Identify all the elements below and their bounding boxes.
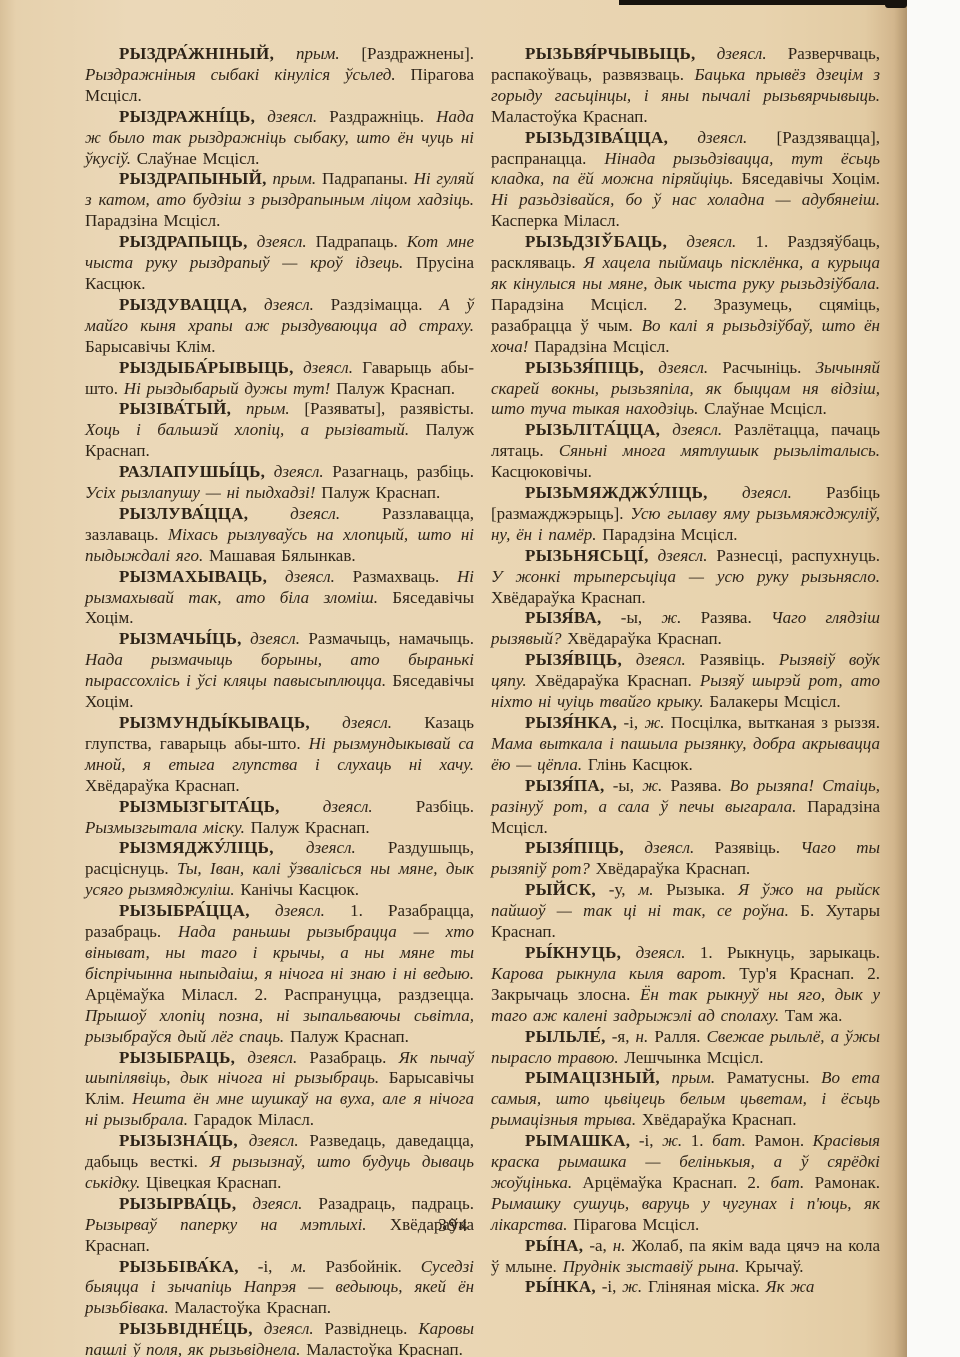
entry-italic-text: дзеясл. bbox=[708, 483, 792, 502]
entry-headword: РЫЗЬНЯСЬЦІ́, bbox=[525, 546, 649, 565]
scanned-dictionary-page: { "page": { "number": "394" }, "colors":… bbox=[0, 0, 960, 1357]
dictionary-entry: РЫЗЯ́ВІЦЬ, дзеясл. Разявіць. Рызявіў воў… bbox=[491, 650, 880, 713]
dictionary-entry: РЫЛЬЛЕ́, -я, н. Ралля. Свежае рыльлё, а … bbox=[491, 1027, 880, 1069]
entry-roman-text: Цівецкая Краснап. bbox=[140, 1173, 281, 1192]
entry-italic-text: ж. bbox=[634, 776, 662, 795]
entry-italic-text: дзеясл. bbox=[667, 232, 736, 251]
dictionary-entry: РЫЗЯ́ПА, -ы, ж. Разява. Во рызяпа! Стаіц… bbox=[491, 776, 880, 839]
entry-headword: РЫЗДРАПЫНЫЙ, bbox=[119, 169, 267, 188]
entry-italic-text: дзеясл. bbox=[248, 232, 307, 251]
entry-roman-text: Гліняная міска. bbox=[642, 1277, 765, 1296]
page-number: 394 bbox=[0, 1215, 907, 1236]
entry-headword: РЫЗЫРВА́ЦЬ, bbox=[119, 1194, 236, 1213]
entry-italic-text: дзеясл. bbox=[649, 546, 708, 565]
entry-roman-text: -а, bbox=[583, 1236, 606, 1255]
dictionary-entry: РЫЗДУВАЦЦА, дзеясл. Раздзімацца. А ў май… bbox=[85, 295, 474, 358]
dictionary-entry: РЫЗЫЗНА́ЦЬ, дзеясл. Разведаць, даведацца… bbox=[85, 1131, 474, 1194]
dictionary-entry: РЫЗЫБРА́ЦЦА, дзеясл. 1. Разабрацца, раза… bbox=[85, 901, 474, 1047]
dictionary-entry: РЫЗЬБІВА́КА, -і, м. Разбойнік. Суседзі б… bbox=[85, 1257, 474, 1320]
entry-headword: РЫМАШКА, bbox=[525, 1131, 630, 1150]
entry-roman-text: Там жа. bbox=[779, 1006, 842, 1025]
entry-roman-text: Маластоўка Краснап. bbox=[169, 1298, 331, 1317]
entry-headword: РЫЗЬДЗІЎБАЦЬ, bbox=[525, 232, 667, 251]
entry-italic-text: дзеясл. bbox=[253, 1319, 314, 1338]
entry-italic-text: дзеясл. bbox=[622, 650, 686, 669]
entry-roman-text: Слаўнае Мсцісл. bbox=[698, 399, 826, 418]
entry-italic-text: Пруднік зыставіў рына. bbox=[563, 1257, 740, 1276]
dictionary-entry: РЫЗЬЛІТА́ЦЦА, дзеясл. Разлётацца, пачаць… bbox=[491, 420, 880, 483]
dictionary-entry: РЫЗЬМЯЖДЖУ́ЛІЦЬ, дзеясл. Разбіць [размаж… bbox=[491, 483, 880, 546]
entry-headword: РЫЗІВА́ТЫЙ, bbox=[119, 399, 231, 418]
entry-headword: РЫ́НКА, bbox=[525, 1277, 596, 1296]
entry-headword: РЫЗЬЗЯ́ПІЦЬ, bbox=[525, 358, 644, 377]
entry-headword: РЫЗМЯДЖУ́ЛІЦЬ, bbox=[119, 838, 274, 857]
entry-roman-text: Барысавічы Клім. bbox=[85, 337, 216, 356]
entry-headword: РЫЗЫЗНА́ЦЬ, bbox=[119, 1131, 238, 1150]
entry-headword: РЫЗЯ́НКА, bbox=[525, 713, 617, 732]
entry-headword: РЫЗМЫЗГЫТА́ЦЬ, bbox=[119, 797, 280, 816]
dictionary-entry: РАЗЛАПУШЫ́ЦЬ, дзеясл. Разагнаць, разбіць… bbox=[85, 462, 474, 504]
entry-headword: РЫЗЯ́ВА, bbox=[525, 608, 602, 627]
entry-roman-text: Глінь Касцюк. bbox=[582, 755, 693, 774]
entry-roman-text: Разявіць. bbox=[686, 650, 779, 669]
entry-roman-text: Рызыка. bbox=[653, 880, 737, 899]
entry-roman-text: Разява. bbox=[662, 776, 729, 795]
entry-roman-text: Разявіць. bbox=[694, 838, 800, 857]
dictionary-entry: РЫМАЦІЗНЫЙ, прым. Раматусны. Во ета самы… bbox=[491, 1068, 880, 1131]
dictionary-entry: РЫ́НА, -а, н. Жолаб, па якім вада цячэ н… bbox=[491, 1236, 880, 1278]
entry-italic-text: Ні разьдзівайся, бо ў нас холадна — адуб… bbox=[491, 190, 880, 209]
entry-roman-text: 1. bbox=[682, 1131, 712, 1150]
entry-roman-text: Разбіць. bbox=[373, 797, 474, 816]
entry-roman-text: Раздзімацца. bbox=[314, 295, 439, 314]
entry-roman-text: Палуж Краснап. bbox=[284, 1027, 409, 1046]
entry-italic-text: дзеясл. bbox=[267, 567, 335, 586]
entry-roman-text: Разява. bbox=[681, 608, 771, 627]
entry-roman-text: Арцёмаўка Краснап. 2. bbox=[572, 1173, 770, 1192]
entry-italic-text: прым. bbox=[660, 1068, 715, 1087]
entry-italic-text: Хоць і бальшэй хлопіц, а рызіватый. bbox=[85, 420, 409, 439]
entry-roman-text: Рамонак. bbox=[804, 1173, 880, 1192]
dictionary-entry: РЫЗЬВЯ́РЧЫВЫЦЬ, дзеясл. Разверчваць, рас… bbox=[491, 44, 880, 128]
entry-italic-text: н. bbox=[607, 1236, 626, 1255]
entry-roman-text: Хвёдараўка Краснап. bbox=[590, 859, 750, 878]
entry-italic-text: дзеясл. bbox=[624, 838, 694, 857]
dictionary-entry: РЫЗДРА́ЖНІНЫЙ, прым. [Раздражнены]. Рызд… bbox=[85, 44, 474, 107]
entry-italic-text: дзеясл. bbox=[310, 713, 392, 732]
entry-roman-text: Разадраць, падраць. bbox=[302, 1194, 474, 1213]
dictionary-entry: РЫЗЫБРАЦЬ, дзеясл. Разабраць. Як пычаў ш… bbox=[85, 1048, 474, 1132]
entry-headword: РАЗЛАПУШЫ́ЦЬ, bbox=[119, 462, 265, 481]
entry-roman-text: Разабраць. bbox=[297, 1048, 398, 1067]
entry-roman-text: Касцюковічы. bbox=[491, 462, 592, 481]
dictionary-entry: РЫ́КНУЦЬ, дзеясл. 1. Рыкнуць, зарыкаць. … bbox=[491, 943, 880, 1027]
entry-roman-text: Бяседавічы Хоцім. bbox=[733, 169, 880, 188]
entry-italic-text: прым. bbox=[267, 169, 316, 188]
entry-italic-text: Усіх рызлапушу — ні пыдхадзі! bbox=[85, 483, 316, 502]
entry-headword: РЫЗЯ́ПІЦЬ, bbox=[525, 838, 624, 857]
dictionary-entry: РЫЗЯ́ПІЦЬ, дзеясл. Разявіць. Чаго ты рыз… bbox=[491, 838, 880, 880]
entry-roman-text: Маластоўка Краснап. bbox=[491, 107, 648, 126]
dictionary-entry: РЫЗДРАЖНІ́ЦЬ, дзеясл. Раздражніць. Нада … bbox=[85, 107, 474, 170]
page-paper: РЫЗДРА́ЖНІНЫЙ, прым. [Раздражнены]. Рызд… bbox=[0, 0, 907, 1357]
entry-italic-text: Карова рыкнула кыля варот. bbox=[491, 964, 726, 983]
scan-edge-artifact-notch bbox=[885, 0, 907, 8]
entry-italic-text: дзеясл. bbox=[274, 838, 356, 857]
entry-italic-text: У жонкі трыперсьціца — усю руку рызьнясл… bbox=[491, 567, 880, 586]
entry-roman-text: Балакеры Мсцісл. bbox=[704, 692, 841, 711]
entry-roman-text: Хвёдараўка Краснап. bbox=[561, 629, 721, 648]
entry-roman-text: -я, bbox=[606, 1027, 630, 1046]
entry-headword: РЫ́НА, bbox=[525, 1236, 583, 1255]
entry-roman-text: Разагнаць, разбіць. bbox=[324, 462, 474, 481]
entry-italic-text: н. bbox=[629, 1027, 648, 1046]
entry-roman-text: -і, bbox=[617, 713, 638, 732]
entry-headword: РЫЗМУНДЫ́КЫВАЦЬ, bbox=[119, 713, 310, 732]
entry-italic-text: Рыздражніныя сыбакі кінуліся ўсьлед. bbox=[85, 65, 396, 84]
entry-roman-text: Парадзіна Мсцісл. bbox=[528, 337, 669, 356]
entry-italic-text: прым. bbox=[274, 44, 339, 63]
entry-headword: РЫЗЛУВА́ЦЦА, bbox=[119, 504, 248, 523]
entry-italic-text: дзеясл. bbox=[280, 797, 373, 816]
entry-italic-text: дзеясл. bbox=[248, 504, 340, 523]
dictionary-entry: РЫЗІВА́ТЫЙ, прым. [Разяваты], разявісты.… bbox=[85, 399, 474, 462]
entry-roman-text: Палуж Краснап. bbox=[330, 379, 455, 398]
entry-roman-text: 1. Рыкнуць, зарыкаць. bbox=[685, 943, 880, 962]
entry-italic-text: дзеясл. bbox=[696, 44, 767, 63]
entry-roman-text: Развіднець. bbox=[314, 1319, 419, 1338]
entry-italic-text: дзеясл. bbox=[644, 358, 708, 377]
entry-roman-text: Палуж Краснап. bbox=[316, 483, 441, 502]
entry-roman-text: Парадзіна Мсцісл. bbox=[85, 211, 220, 230]
entry-headword: РЫЗЬБІВА́КА, bbox=[119, 1257, 239, 1276]
scan-edge-artifact bbox=[619, 0, 907, 5]
entry-roman-text: Падрапаны. bbox=[316, 169, 413, 188]
entry-headword: РЫЗЬДЗІВА́ЦЦА, bbox=[525, 128, 668, 147]
dictionary-entry: РЫЗДРАПЫНЫЙ, прым. Падрапаны. Ні гуляй з… bbox=[85, 169, 474, 232]
entry-roman-text: Расчыніць. bbox=[708, 358, 815, 377]
entry-roman-text: Раздражніць. bbox=[317, 107, 436, 126]
entry-italic-text: ж. bbox=[616, 1277, 642, 1296]
entry-roman-text: Падрапаць. bbox=[307, 232, 407, 251]
entry-italic-text: дзеясл. bbox=[242, 629, 300, 648]
entry-italic-text: дзеясл. bbox=[235, 1048, 297, 1067]
entry-roman-text: -ы, bbox=[602, 608, 643, 627]
entry-headword: РЫЗЫБРАЦЬ, bbox=[119, 1048, 235, 1067]
entry-headword: РЫЗЬЛІТА́ЦЦА, bbox=[525, 420, 660, 439]
dictionary-entry: РЫЗМАЧЫ́ЦЬ, дзеясл. Размачыць, намачыць.… bbox=[85, 629, 474, 713]
entry-headword: РЫЗЬВІДНЕ́ЦЬ, bbox=[119, 1319, 253, 1338]
entry-headword: РЫЗЬМЯЖДЖУ́ЛІЦЬ, bbox=[525, 483, 708, 502]
entry-roman-text: Хвёдараўка Краснап. bbox=[636, 1110, 796, 1129]
entry-roman-text: -ы, bbox=[605, 776, 635, 795]
entry-roman-text: Посцілка, вытканая з рыззя. bbox=[665, 713, 880, 732]
entry-roman-text: Размахваць. bbox=[335, 567, 457, 586]
entry-italic-text: дзеясл. bbox=[247, 295, 314, 314]
dictionary-entry: РЫЗМАХЫВАЦЬ, дзеясл. Размахваць. Ні рызм… bbox=[85, 567, 474, 630]
entry-roman-text: Палуж Краснап. bbox=[245, 818, 370, 837]
entry-roman-text: Канічы Касцюк. bbox=[235, 880, 359, 899]
entry-headword: РЫЛЬЛЕ́, bbox=[525, 1027, 606, 1046]
entry-italic-text: прым. bbox=[231, 399, 289, 418]
dictionary-entry: РЫ́НКА, -і, ж. Гліняная міска. Як жа bbox=[491, 1277, 880, 1298]
entry-italic-text: дзеясл. bbox=[660, 420, 722, 439]
entry-headword: РЫЗЫБРА́ЦЦА, bbox=[119, 901, 250, 920]
entry-roman-text: Размачыць, намачыць. bbox=[300, 629, 474, 648]
entry-roman-text: -і, bbox=[239, 1257, 273, 1276]
column-left: РЫЗДРА́ЖНІНЫЙ, прым. [Раздражнены]. Рызд… bbox=[85, 44, 474, 1357]
entry-italic-text: дзеясл. bbox=[255, 107, 317, 126]
dictionary-entry: РЫЗДРАПЫЦЬ, дзеясл. Падрапаць. Кот мне ч… bbox=[85, 232, 474, 295]
entry-italic-text: Рызмызгытала міску. bbox=[85, 818, 245, 837]
entry-italic-text: ж. bbox=[642, 608, 681, 627]
entry-italic-text: дзеясл. bbox=[238, 1131, 299, 1150]
entry-italic-text: дзеясл. bbox=[236, 1194, 302, 1213]
entry-roman-text: Арцёмаўка Міласл. 2. Распрануцца, раздзе… bbox=[85, 985, 474, 1004]
entry-roman-text: Хвёдараўка Краснап. bbox=[491, 588, 646, 607]
entry-italic-text: м. bbox=[626, 880, 654, 899]
entry-roman-text: Ралля. bbox=[648, 1027, 706, 1046]
entry-roman-text: Парадзіна Мсцісл. bbox=[596, 525, 737, 544]
entry-roman-text: [Разяваты], разявісты. bbox=[290, 399, 474, 418]
entry-headword: РЫЗДРАПЫЦЬ, bbox=[119, 232, 248, 251]
entry-roman-text: [Раздражнены]. bbox=[340, 44, 474, 63]
dictionary-entry: РЫЗДЫБА́РЫВЫЦЬ, дзеясл. Гаварыць абы-што… bbox=[85, 358, 474, 400]
entry-italic-text: Сяньні многа мятлушык рызьліталысь. bbox=[559, 441, 880, 460]
entry-headword: РЫЗЬВЯ́РЧЫВЫЦЬ, bbox=[525, 44, 696, 63]
entry-headword: РЫЗЯ́ВІЦЬ, bbox=[525, 650, 622, 669]
entry-italic-text: дзеясл. bbox=[294, 358, 353, 377]
entry-italic-text: бат. bbox=[770, 1173, 804, 1192]
dictionary-entry: РЫЗЬДЗІВА́ЦЦА, дзеясл. [Раздзявацца], ра… bbox=[491, 128, 880, 233]
entry-headword: РЫЗДРА́ЖНІНЫЙ, bbox=[119, 44, 274, 63]
entry-italic-text: дзеясл. bbox=[265, 462, 323, 481]
dictionary-entry: РЫЗЯ́НКА, -і, ж. Посцілка, вытканая з ры… bbox=[491, 713, 880, 776]
entry-roman-text: Хвёдараўка Краснап. bbox=[85, 776, 240, 795]
dictionary-entry: РЫЗЛУВА́ЦЦА, дзеясл. Раззлавацца, зазлав… bbox=[85, 504, 474, 567]
entry-italic-text: Як жа bbox=[765, 1277, 814, 1296]
entry-roman-text: Маластоўка Краснап. bbox=[301, 1340, 463, 1357]
column-right: РЫЗЬВЯ́РЧЫВЫЦЬ, дзеясл. Разверчваць, рас… bbox=[491, 44, 880, 1298]
entry-headword: РЫЗЯ́ПА, bbox=[525, 776, 605, 795]
entry-headword: РЫЗМАХЫВАЦЬ, bbox=[119, 567, 267, 586]
entry-headword: РЫЗМАЧЫ́ЦЬ, bbox=[119, 629, 242, 648]
entry-italic-text: ж. bbox=[654, 1131, 683, 1150]
entry-roman-text: Хвёдараўка Краснап. bbox=[527, 671, 700, 690]
entry-roman-text: Раматусны. bbox=[715, 1068, 821, 1087]
entry-roman-text: Машавая Бялынкав. bbox=[203, 546, 355, 565]
entry-headword: РЫЗДРАЖНІ́ЦЬ, bbox=[119, 107, 255, 126]
dictionary-entry: РЫЗМУНДЫ́КЫВАЦЬ, дзеясл. Казаць глупства… bbox=[85, 713, 474, 797]
entry-roman-text: Разбойнік. bbox=[307, 1257, 421, 1276]
entry-roman-text: -і, bbox=[630, 1131, 653, 1150]
entry-italic-text: ж. bbox=[638, 713, 664, 732]
entry-roman-text: Лешчынка Мсцісл. bbox=[619, 1048, 764, 1067]
entry-headword: РЫЙСК, bbox=[525, 880, 596, 899]
entry-italic-text: Ні рыздыбарый дужы тут! bbox=[124, 379, 331, 398]
entry-roman-text: Крычаў. bbox=[739, 1257, 803, 1276]
dictionary-entry: РЫЗЬЗЯ́ПІЦЬ, дзеясл. Расчыніць. Зычыняй … bbox=[491, 358, 880, 421]
entry-headword: РЫЗДЫБА́РЫВЫЦЬ, bbox=[119, 358, 294, 377]
entry-headword: РЫ́КНУЦЬ, bbox=[525, 943, 621, 962]
entry-roman-text: Слаўнае Мсцісл. bbox=[131, 149, 259, 168]
entry-roman-text: -у, bbox=[596, 880, 626, 899]
dictionary-entry: РЫЗЯ́ВА, -ы, ж. Разява. Чаго глядзіш рыз… bbox=[491, 608, 880, 650]
entry-italic-text: бат. bbox=[712, 1131, 746, 1150]
entry-italic-text: Прышоў хлопіц позна, ні зыпальваючы сьві… bbox=[85, 1006, 474, 1046]
entry-roman-text: Рамон. bbox=[746, 1131, 813, 1150]
entry-italic-text: м. bbox=[272, 1257, 306, 1276]
entry-italic-text: дзеясл. bbox=[250, 901, 325, 920]
dictionary-entry: РЫЙСК, -у, м. Рызыка. Я ўжо на рыйск пай… bbox=[491, 880, 880, 943]
dictionary-entry: РЫЗМЯДЖУ́ЛІЦЬ, дзеясл. Раздушыць, расціс… bbox=[85, 838, 474, 901]
entry-italic-text: дзеясл. bbox=[668, 128, 747, 147]
dictionary-entry: РЫЗЬДЗІЎБАЦЬ, дзеясл. 1. Раздзяўбаць, ра… bbox=[491, 232, 880, 357]
entry-italic-text: дзеясл. bbox=[621, 943, 685, 962]
entry-headword: РЫЗДУВАЦЦА, bbox=[119, 295, 247, 314]
entry-roman-text: Гарадок Міласл. bbox=[188, 1110, 314, 1129]
entry-roman-text: Касперка Міласл. bbox=[491, 211, 620, 230]
dictionary-entry: РЫЗМЫЗГЫТА́ЦЬ, дзеясл. Разбіць. Рызмызгы… bbox=[85, 797, 474, 839]
dictionary-entry: РЫЗЬНЯСЬЦІ́, дзеясл. Разнесці, распухнуц… bbox=[491, 546, 880, 609]
entry-roman-text: Разнесці, распухнуць. bbox=[707, 546, 880, 565]
dictionary-entry: РЫЗЬВІДНЕ́ЦЬ, дзеясл. Развіднець. Каровы… bbox=[85, 1319, 474, 1357]
entry-roman-text: -і, bbox=[596, 1277, 616, 1296]
entry-headword: РЫМАЦІЗНЫЙ, bbox=[525, 1068, 660, 1087]
